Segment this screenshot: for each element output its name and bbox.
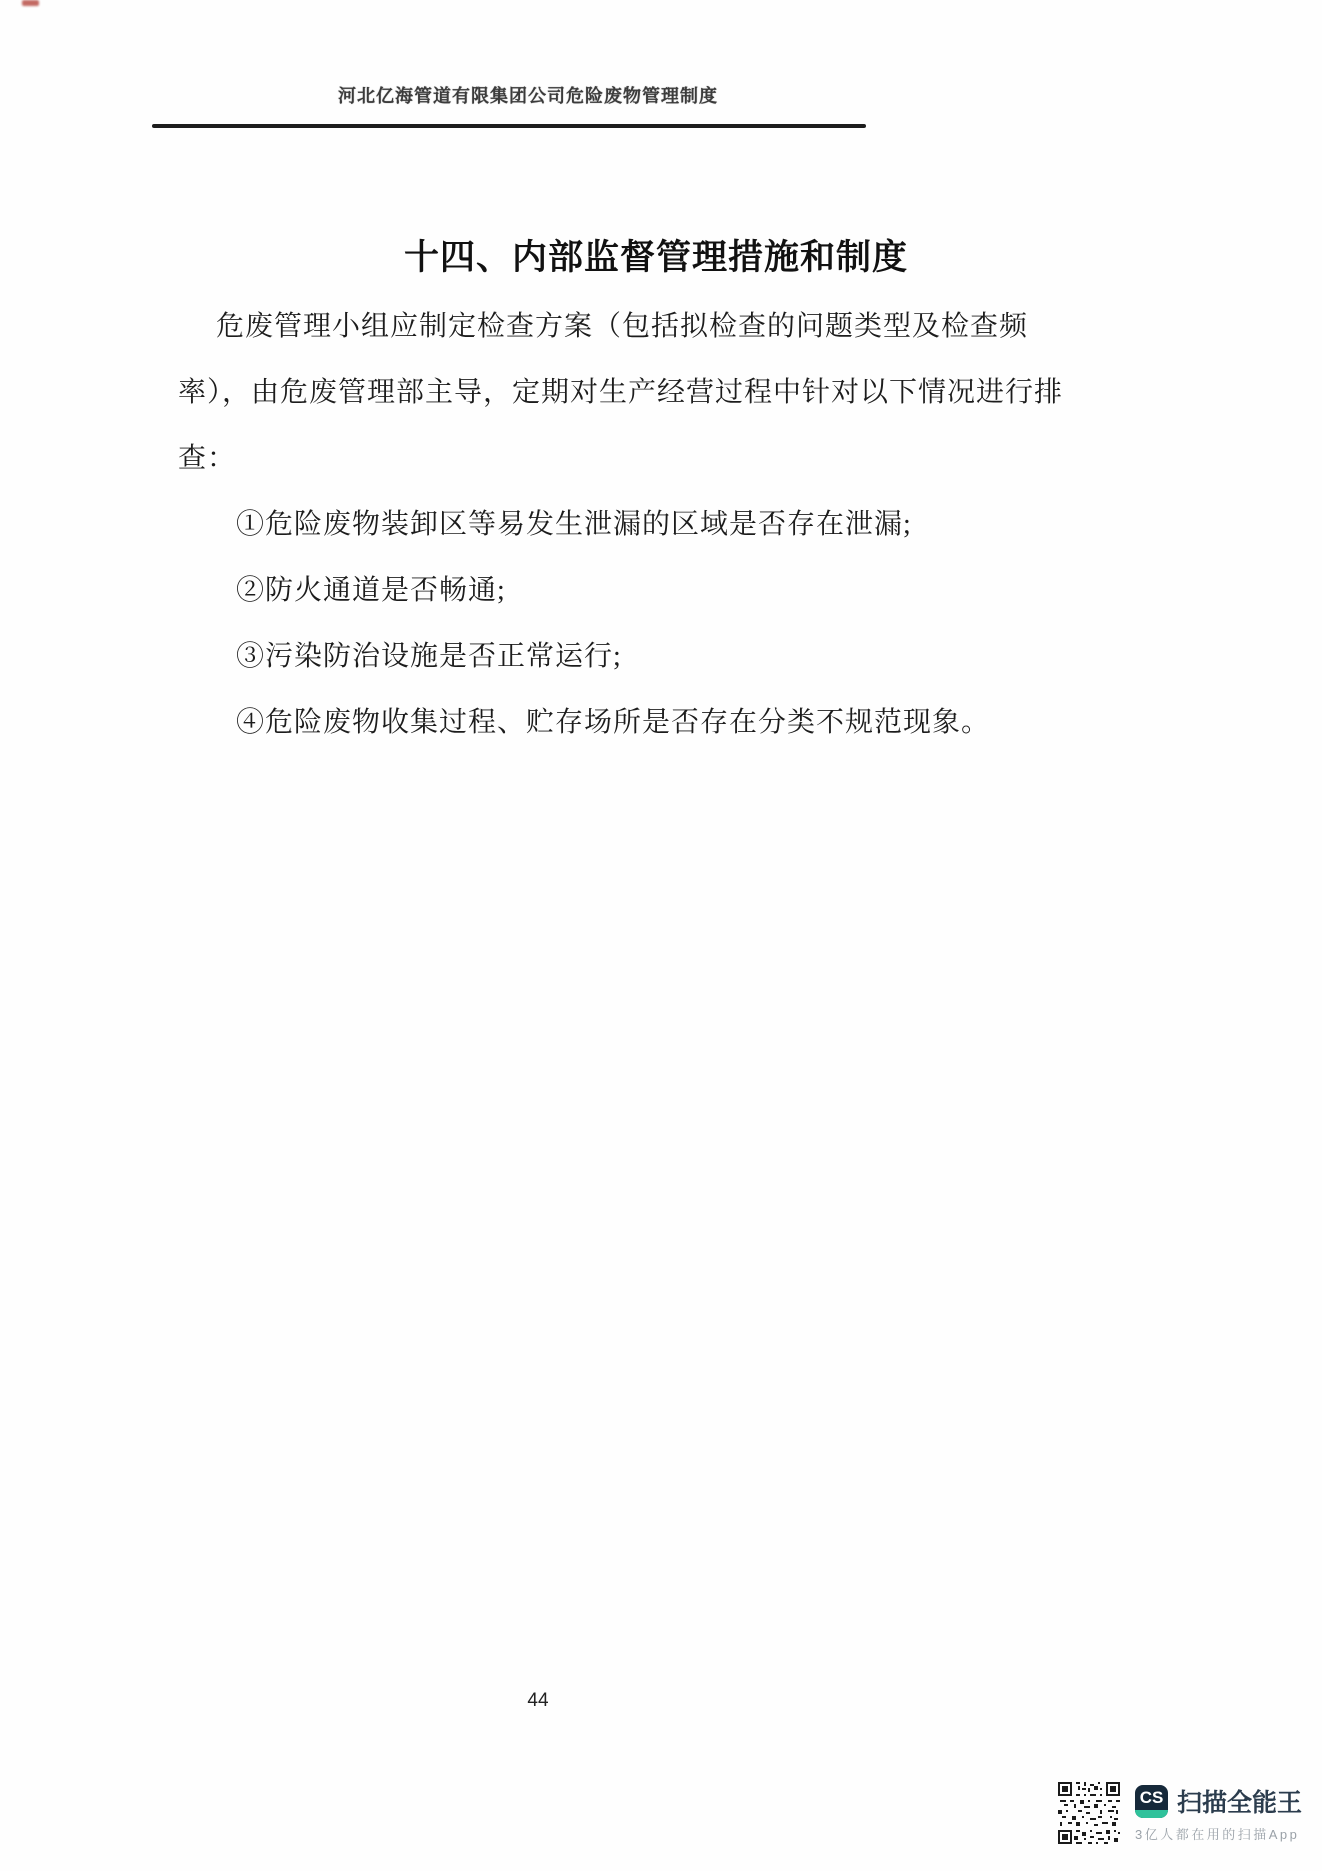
- paragraph-line: 危废管理小组应制定检查方案（包括拟检查的问题类型及检查频: [178, 294, 1078, 360]
- app-tagline: 3亿人都在用的扫描App: [1135, 1824, 1302, 1843]
- list-item: ④危险废物收集过程、贮存场所是否存在分类不规范现象。: [236, 690, 1078, 756]
- document-page: 河北亿海管道有限集团公司危险废物管理制度 十四、内部监督管理措施和制度 危废管理…: [0, 0, 1322, 1871]
- paragraph-line: 率），由危废管理部主导，定期对生产经营过程中针对以下情况进行排: [178, 360, 1078, 426]
- section-title: 十四、内部监督管理措施和制度: [404, 230, 908, 280]
- camscanner-logo-icon: CS: [1135, 1785, 1168, 1818]
- scan-artifact: [22, 0, 39, 6]
- camscanner-watermark: CS 扫描全能王 3亿人都在用的扫描App: [1056, 1780, 1302, 1846]
- page-header-text: 河北亿海管道有限集团公司危险废物管理制度: [338, 82, 718, 108]
- body-text: 危废管理小组应制定检查方案（包括拟检查的问题类型及检查频 率），由危废管理部主导…: [178, 294, 1078, 756]
- header-divider: [152, 124, 866, 128]
- list-item: ③污染防治设施是否正常运行;: [236, 624, 1078, 690]
- list-item: ②防火通道是否畅通;: [236, 558, 1078, 624]
- paragraph-line: 查：: [178, 426, 1078, 492]
- logo-letters: CS: [1135, 1788, 1168, 1808]
- page-number: 44: [502, 1690, 574, 1712]
- qr-code-icon: [1056, 1780, 1122, 1846]
- logo-accent-bar: [1135, 1810, 1168, 1818]
- app-name: 扫描全能王: [1177, 1783, 1302, 1819]
- list-item: ①危险废物装卸区等易发生泄漏的区域是否存在泄漏;: [236, 492, 1078, 558]
